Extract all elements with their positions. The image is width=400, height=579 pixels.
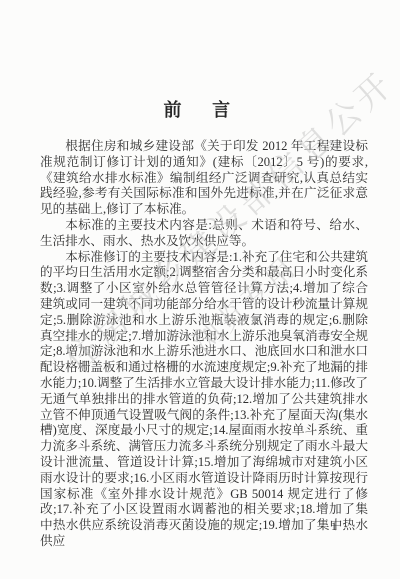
paragraphs: 根据住房和城乡建设部《关于印发 2012 年工程建设标准规范制订修订计划的通知》… xyxy=(40,139,368,550)
paragraph: 根据住房和城乡建设部《关于印发 2012 年工程建设标准规范制订修订计划的通知》… xyxy=(40,139,368,218)
document-page: 住房城乡建设部信息公开 浏览专用 前 言 根据住房和城乡建设部《关于印发 201… xyxy=(0,0,400,579)
page-title: 前 言 xyxy=(0,96,400,122)
preface-body-text: 根据住房和城乡建设部《关于印发 2012 年工程建设标准规范制订修订计划的通知》… xyxy=(40,139,368,550)
paragraph: 本标准修订的主要技术内容是:1.补充了住宅和公共建筑的平均日生活用水定额;2.调… xyxy=(40,250,368,550)
paragraph: 本标准的主要技术内容是:总则、术语和符号、给水、生活排水、雨水、热水及饮水供应等… xyxy=(40,218,368,250)
page-number: · 1 · xyxy=(320,519,350,534)
